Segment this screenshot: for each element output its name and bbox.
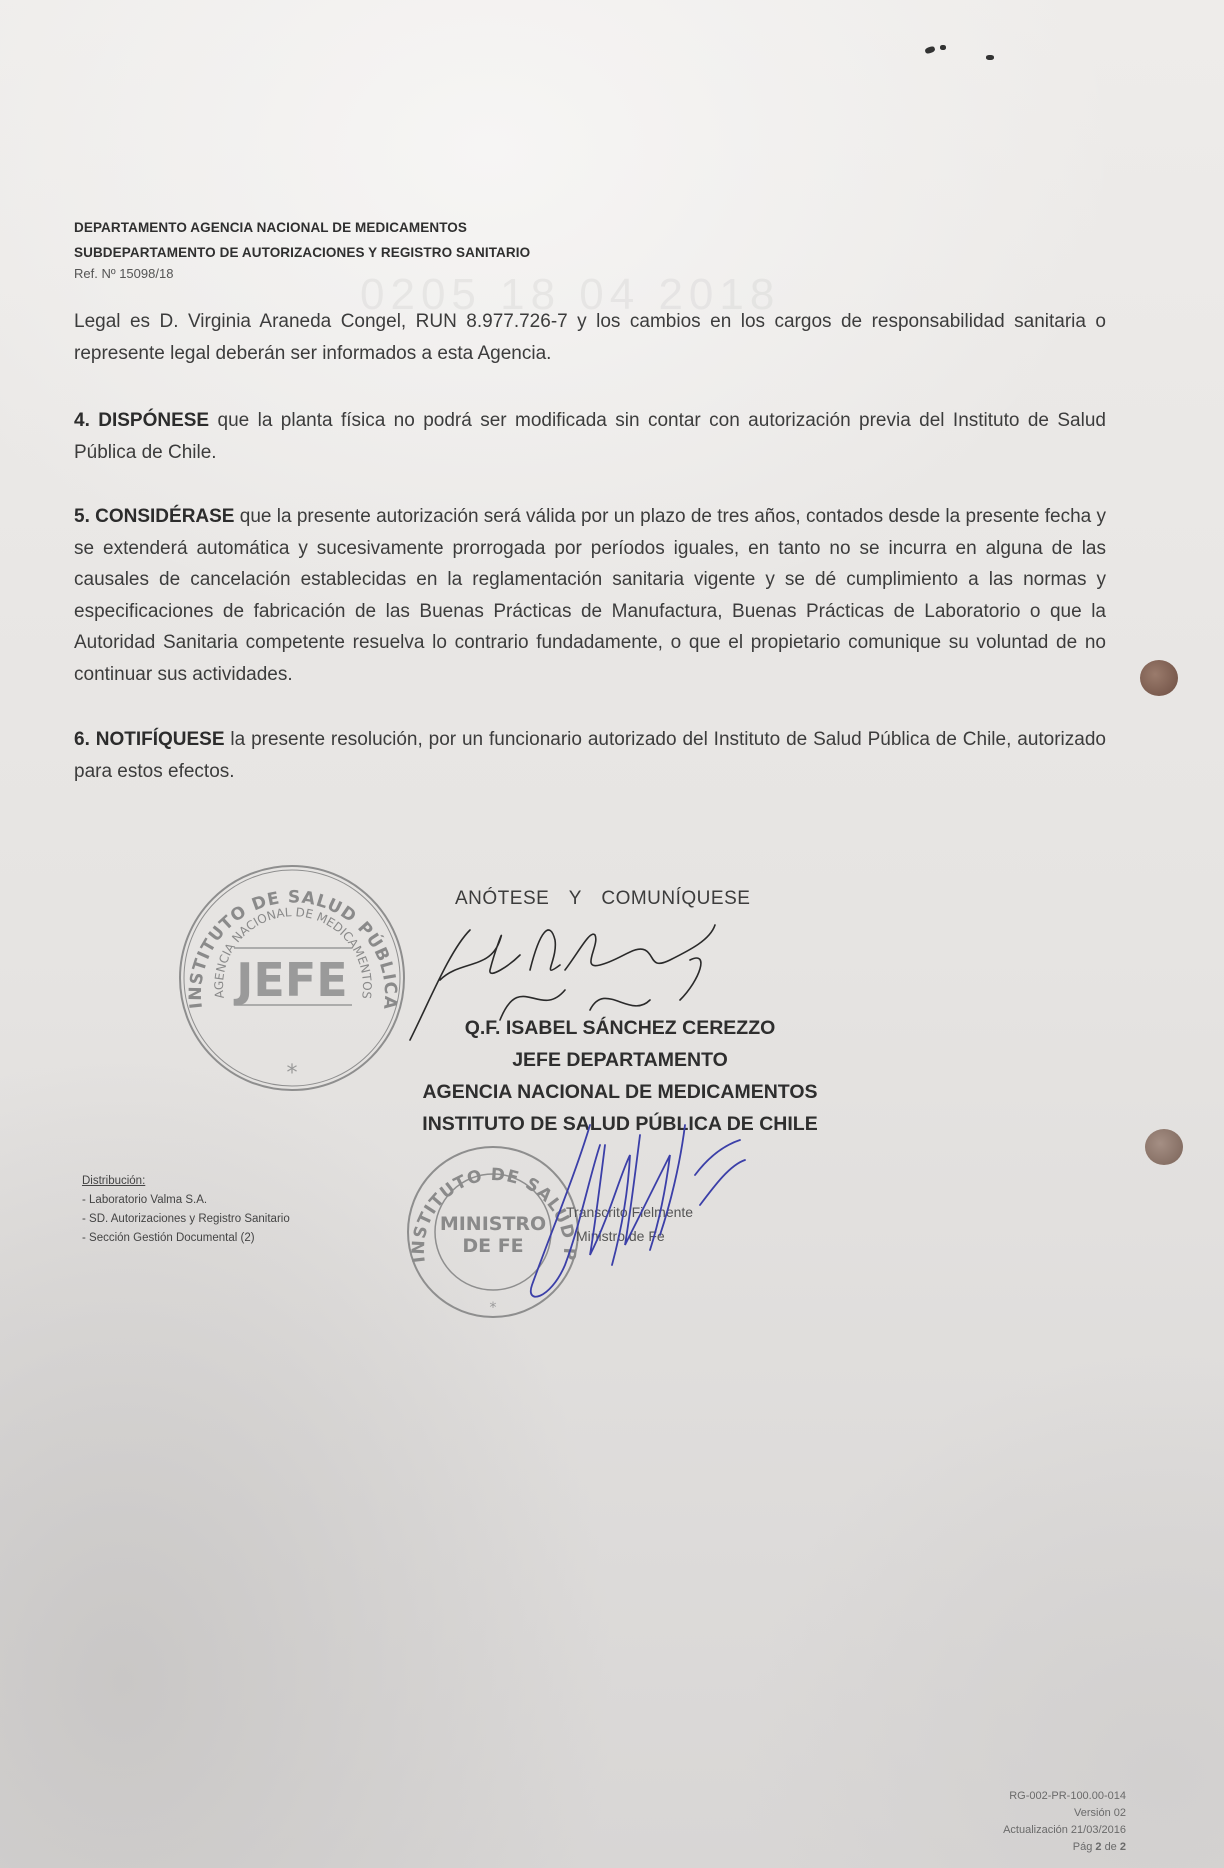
page-number: Pág 2 de 2 <box>1003 1839 1126 1856</box>
punch-hole <box>1145 1129 1183 1165</box>
signatory-position: JEFE DEPARTAMENTO <box>380 1044 860 1076</box>
signatory-name: Q.F. ISABEL SÁNCHEZ CEREZZO <box>380 1012 860 1044</box>
clause-4: 4. DISPÓNESE que la planta física no pod… <box>74 405 1106 468</box>
closing-formula: ANÓTESE Y COMUNÍQUESE <box>455 888 750 910</box>
intro-paragraph: Legal es D. Virginia Araneda Congel, RUN… <box>74 306 1106 369</box>
punch-hole <box>1140 660 1178 696</box>
stamp-star: * <box>490 1300 497 1316</box>
paper-speck <box>986 55 994 60</box>
reference-number: Ref. Nº 15098/18 <box>74 266 173 281</box>
subdepartment-header: SUBDEPARTAMENTO DE AUTORIZACIONES Y REGI… <box>74 245 530 260</box>
distribution-item: - SD. Autorizaciones y Registro Sanitari… <box>82 1210 290 1229</box>
document-code: RG-002-PR-100.00-014 <box>1003 1788 1126 1805</box>
department-header: DEPARTAMENTO AGENCIA NACIONAL DE MEDICAM… <box>74 220 467 235</box>
stamp-center-line2: DE FE <box>462 1235 523 1257</box>
document-version: Versión 02 <box>1003 1805 1126 1822</box>
signatory-agency: AGENCIA NACIONAL DE MEDICAMENTOS <box>380 1076 860 1108</box>
distribution-list: Distribución: - Laboratorio Valma S.A. -… <box>82 1172 290 1248</box>
clause-keyword: 6. NOTIFÍQUESE <box>74 729 225 750</box>
ministro-signature <box>520 1115 760 1315</box>
distribution-title: Distribución: <box>82 1172 290 1191</box>
clause-text: la presente resolución, por un funcionar… <box>74 729 1106 782</box>
paper-speck <box>940 45 946 50</box>
document-footer: RG-002-PR-100.00-014 Versión 02 Actualiz… <box>1003 1788 1126 1856</box>
clause-6: 6. NOTIFÍQUESE la presente resolución, p… <box>74 724 1106 787</box>
clause-text: que la presente autorización será válida… <box>74 506 1106 685</box>
clause-keyword: 5. CONSIDÉRASE <box>74 506 235 527</box>
clause-text: que la planta física no podrá ser modifi… <box>74 410 1106 463</box>
distribution-item: - Laboratorio Valma S.A. <box>82 1191 290 1210</box>
jefe-stamp: INSTITUTO DE SALUD PÚBLICA DE CHILE AGEN… <box>172 858 412 1098</box>
distribution-item: - Sección Gestión Documental (2) <box>82 1229 290 1248</box>
stamp-center-text: JEFE <box>233 953 347 1007</box>
document-updated: Actualización 21/03/2016 <box>1003 1822 1126 1839</box>
paper-speck <box>924 45 935 54</box>
clause-keyword: 4. DISPÓNESE <box>74 410 209 431</box>
stamp-star: * <box>287 1061 298 1086</box>
clause-5: 5. CONSIDÉRASE que la presente autorizac… <box>74 501 1106 690</box>
